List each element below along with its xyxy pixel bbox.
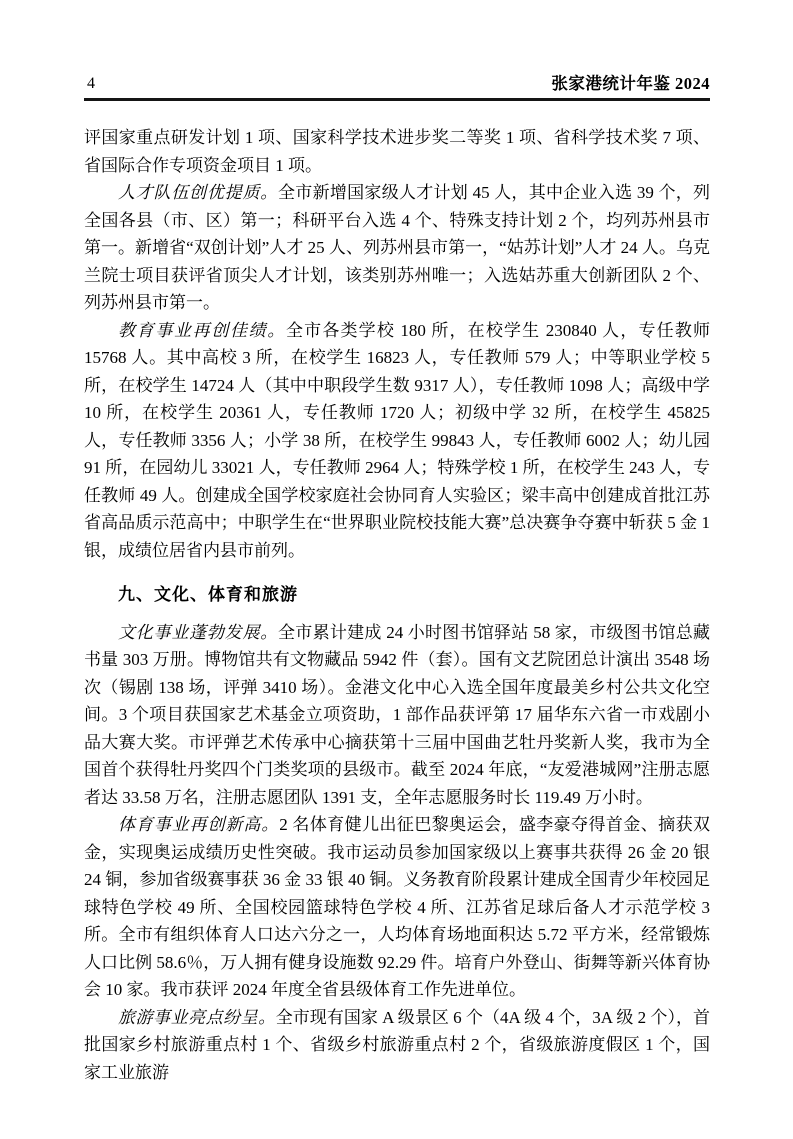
paragraph-lead: 教育事业再创佳绩。 xyxy=(118,321,286,340)
paragraph-text: 全市各类学校 180 所，在校学生 230840 人，专任教师 15768 人。… xyxy=(84,321,710,560)
paragraph-sports: 体育事业再创新高。2 名体育健儿出征巴黎奥运会，盛李豪夺得首金、摘获双金，实现奥… xyxy=(84,811,710,1004)
paragraph-lead: 人才队伍创优提质。 xyxy=(118,183,278,202)
paragraph-talent: 人才队伍创优提质。全市新增国家级人才计划 45 人，其中企业入选 39 个，列全… xyxy=(84,179,710,317)
paragraph-lead: 旅游事业亮点纷呈。 xyxy=(118,1008,276,1027)
paragraph-text: 评国家重点研发计划 1 项、国家科学技术进步奖二等奖 1 项、省科学技术奖 7 … xyxy=(84,128,710,175)
book-title: 张家港统计年鉴 2024 xyxy=(551,74,710,94)
section-heading-culture-sports-tourism: 九、文化、体育和旅游 xyxy=(84,581,710,609)
paragraph-tourism: 旅游事业亮点纷呈。全市现有国家 A 级景区 6 个（4A 级 4 个，3A 级 … xyxy=(84,1004,710,1087)
paragraph-lead: 文化事业蓬勃发展。 xyxy=(118,623,278,642)
page-body: 评国家重点研发计划 1 项、国家科学技术进步奖二等奖 1 项、省科学技术奖 7 … xyxy=(84,124,710,1086)
paragraph-text: 全市新增国家级人才计划 45 人，其中企业入选 39 个，列全国各县（市、区）第… xyxy=(84,183,710,312)
paragraph-text: 全市累计建成 24 小时图书馆驿站 58 家，市级图书馆总藏书量 303 万册。… xyxy=(84,623,710,807)
yearbook-page: 4 张家港统计年鉴 2024 评国家重点研发计划 1 项、国家科学技术进步奖二等… xyxy=(0,0,793,1139)
paragraph-awards-continuation: 评国家重点研发计划 1 项、国家科学技术进步奖二等奖 1 项、省科学技术奖 7 … xyxy=(84,124,710,179)
paragraph-education: 教育事业再创佳绩。全市各类学校 180 所，在校学生 230840 人，专任教师… xyxy=(84,317,710,565)
paragraph-culture: 文化事业蓬勃发展。全市累计建成 24 小时图书馆驿站 58 家，市级图书馆总藏书… xyxy=(84,619,710,812)
header-rule xyxy=(84,98,710,101)
paragraph-lead: 体育事业再创新高。 xyxy=(118,815,279,834)
paragraph-text: 2 名体育健儿出征巴黎奥运会，盛李豪夺得首金、摘获双金，实现奥运成绩历史性突破。… xyxy=(84,815,710,999)
page-number: 4 xyxy=(84,74,95,94)
page-header: 4 张家港统计年鉴 2024 xyxy=(84,74,710,94)
